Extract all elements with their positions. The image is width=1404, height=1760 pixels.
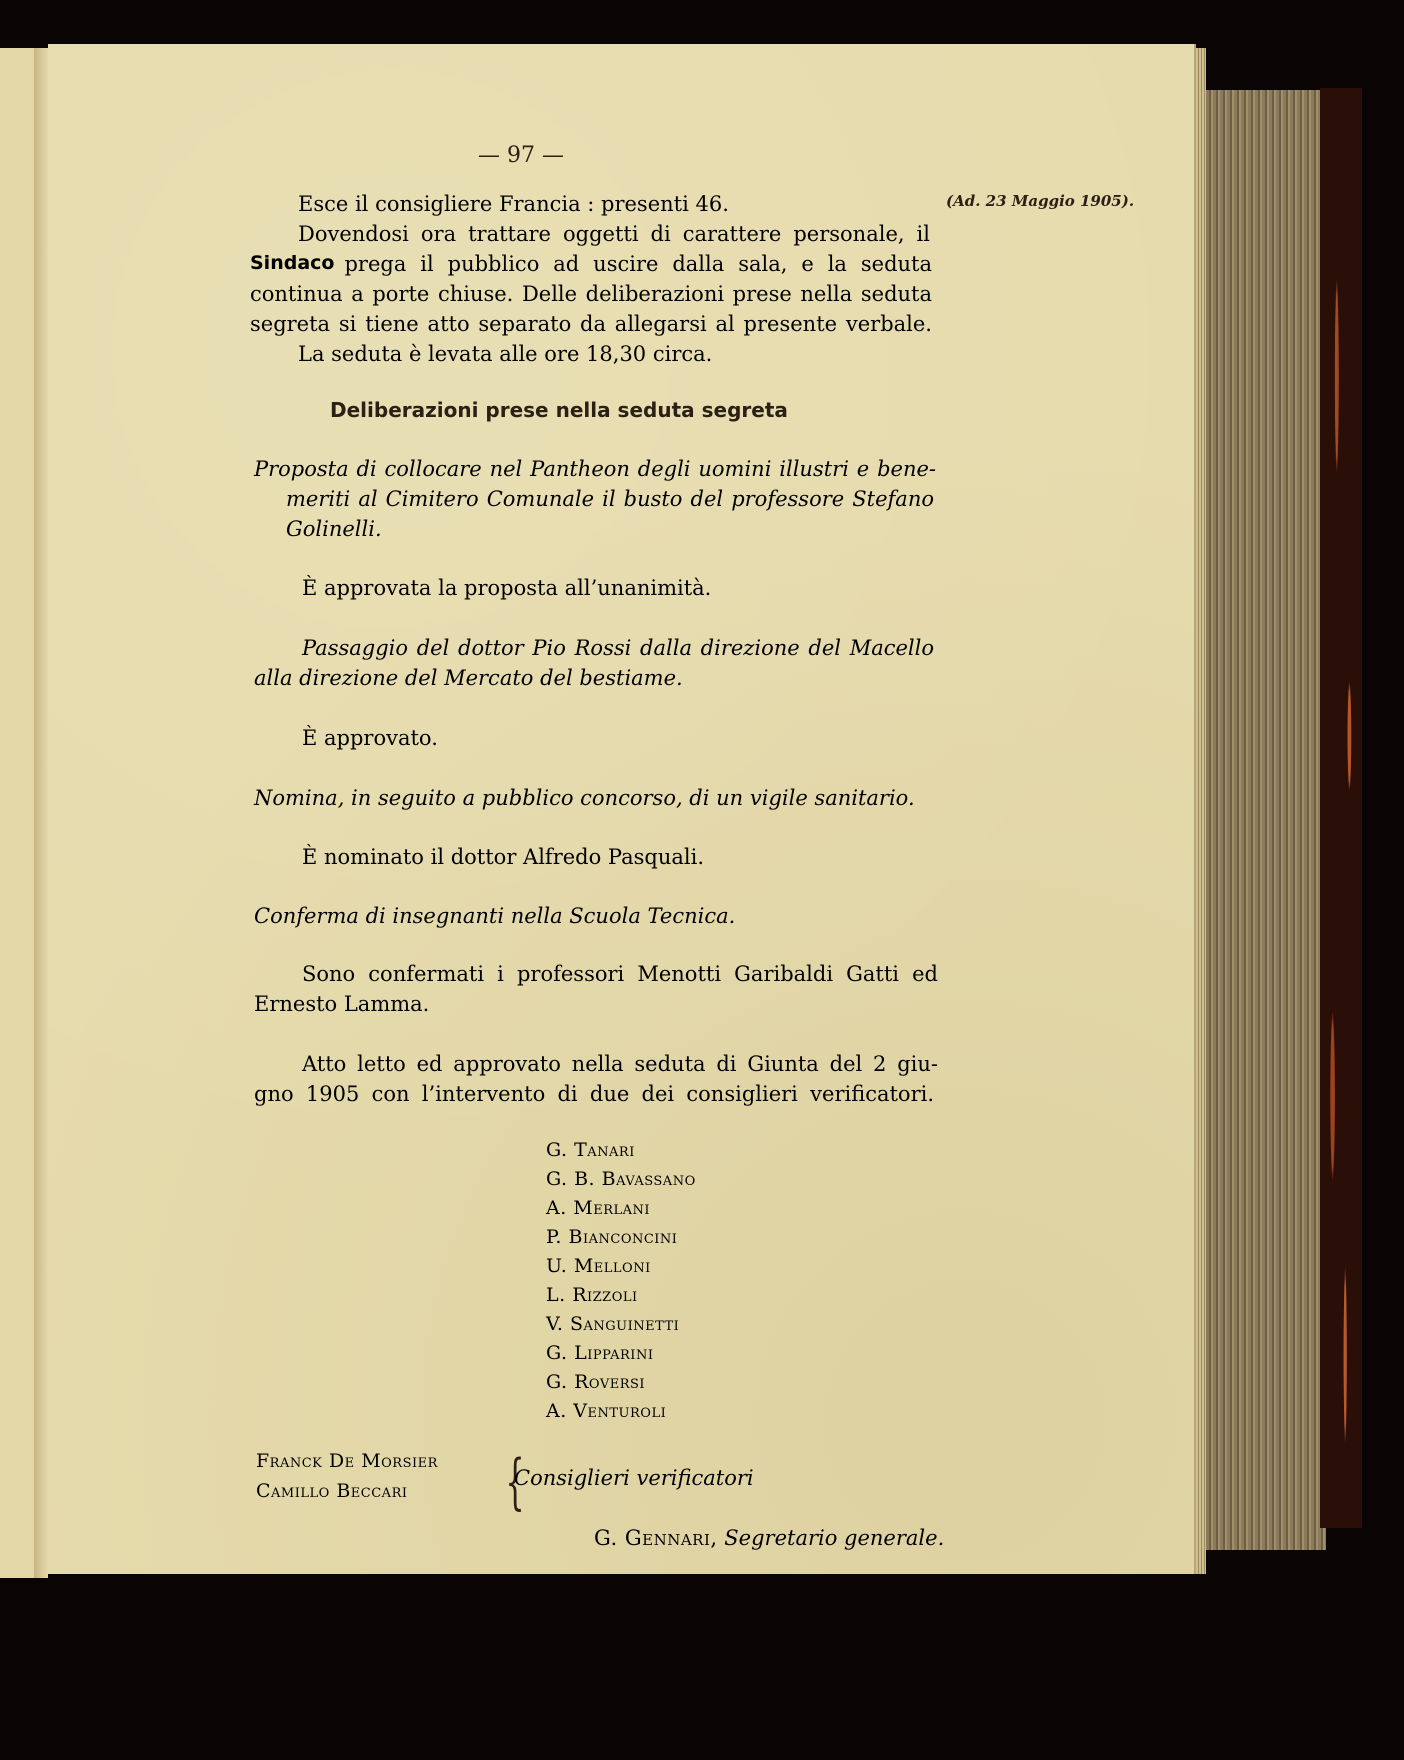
closing-time-line: La seduta è levata alle ore 18,30 circa.: [298, 342, 712, 366]
proposal-line: Nomina, in seguito a pubblico concorso, …: [254, 786, 915, 810]
signatory: G. Tanari: [546, 1136, 696, 1165]
proposal-line: Passaggio del dottor Pio Rossi dalla dir…: [302, 636, 934, 660]
verifiers-role: Consiglieri verificatori: [514, 1466, 754, 1490]
page-number: — 97 —: [478, 143, 564, 168]
outcome-line: È approvato.: [302, 726, 438, 750]
signatory: A. Venturoli: [546, 1397, 696, 1426]
outcome-line: Ernesto Lamma.: [254, 992, 429, 1016]
book-gutter: [34, 48, 48, 1578]
outcome-line: È approvata la proposta all’unanimità.: [302, 576, 711, 600]
paragraph-line: Dovendosi ora trattare oggetti di caratt…: [298, 222, 930, 246]
outcome-line: È nominato il dottor Alfredo Pasquali.: [302, 845, 704, 869]
section-heading: Deliberazioni prese nella seduta segreta: [330, 398, 788, 422]
facing-page-edge: [0, 48, 35, 1578]
marbled-binding: [1320, 88, 1362, 1528]
secretary-name: G. Gennari,: [594, 1526, 718, 1550]
signatory: G. Lipparini: [546, 1339, 696, 1368]
signatory: A. Merlani: [546, 1194, 696, 1223]
secretary-signature: G. Gennari, Segretario generale.: [594, 1526, 944, 1550]
signatory: U. Melloni: [546, 1252, 696, 1281]
proposal-line: Conferma di insegnanti nella Scuola Tecn…: [254, 904, 735, 928]
proposal-line: Golinelli.: [286, 517, 382, 541]
sindaco-label: Sindaco: [250, 252, 334, 276]
signatory: L. Rizzoli: [546, 1281, 696, 1310]
text-block-edges: [1206, 90, 1326, 1550]
proposal-line: meriti al Cimitero Comunale il busto del…: [286, 487, 934, 511]
opening-line: Esce il consigliere Francia : presenti 4…: [298, 192, 729, 216]
signatory-list: G. Tanari G. B. Bavassano A. Merlani P. …: [546, 1136, 696, 1426]
signatory: V. Sanguinetti: [546, 1310, 696, 1339]
signatory: G. Roversi: [546, 1368, 696, 1397]
verifier-name: Camillo Beccari: [256, 1480, 408, 1502]
paragraph-line: Sindaco prega il pubblico ad uscire dall…: [250, 252, 932, 276]
verifier-name: Franck De Morsier: [256, 1450, 438, 1472]
closing-line: Atto letto ed approvato nella seduta di …: [302, 1052, 938, 1076]
paragraph-line: continua a porte chiuse. Delle deliberaz…: [250, 282, 932, 306]
page-edges: [1196, 48, 1206, 1574]
closing-line: gno 1905 con l’intervento di due dei con…: [254, 1082, 934, 1106]
proposal-line: Proposta di collocare nel Pantheon degli…: [254, 457, 936, 481]
signatory: G. B. Bavassano: [546, 1165, 696, 1194]
outcome-line: Sono confermati i professori Menotti Gar…: [302, 962, 938, 986]
secretary-role: Segretario generale.: [724, 1526, 944, 1550]
signatory: P. Bianconcini: [546, 1223, 696, 1252]
proposal-line: alla direzione del Mercato del bestiame.: [254, 666, 683, 690]
margin-date-note: (Ad. 23 Maggio 1905).: [946, 192, 1134, 210]
paragraph-line: segreta si tiene atto separato da allega…: [250, 312, 932, 336]
